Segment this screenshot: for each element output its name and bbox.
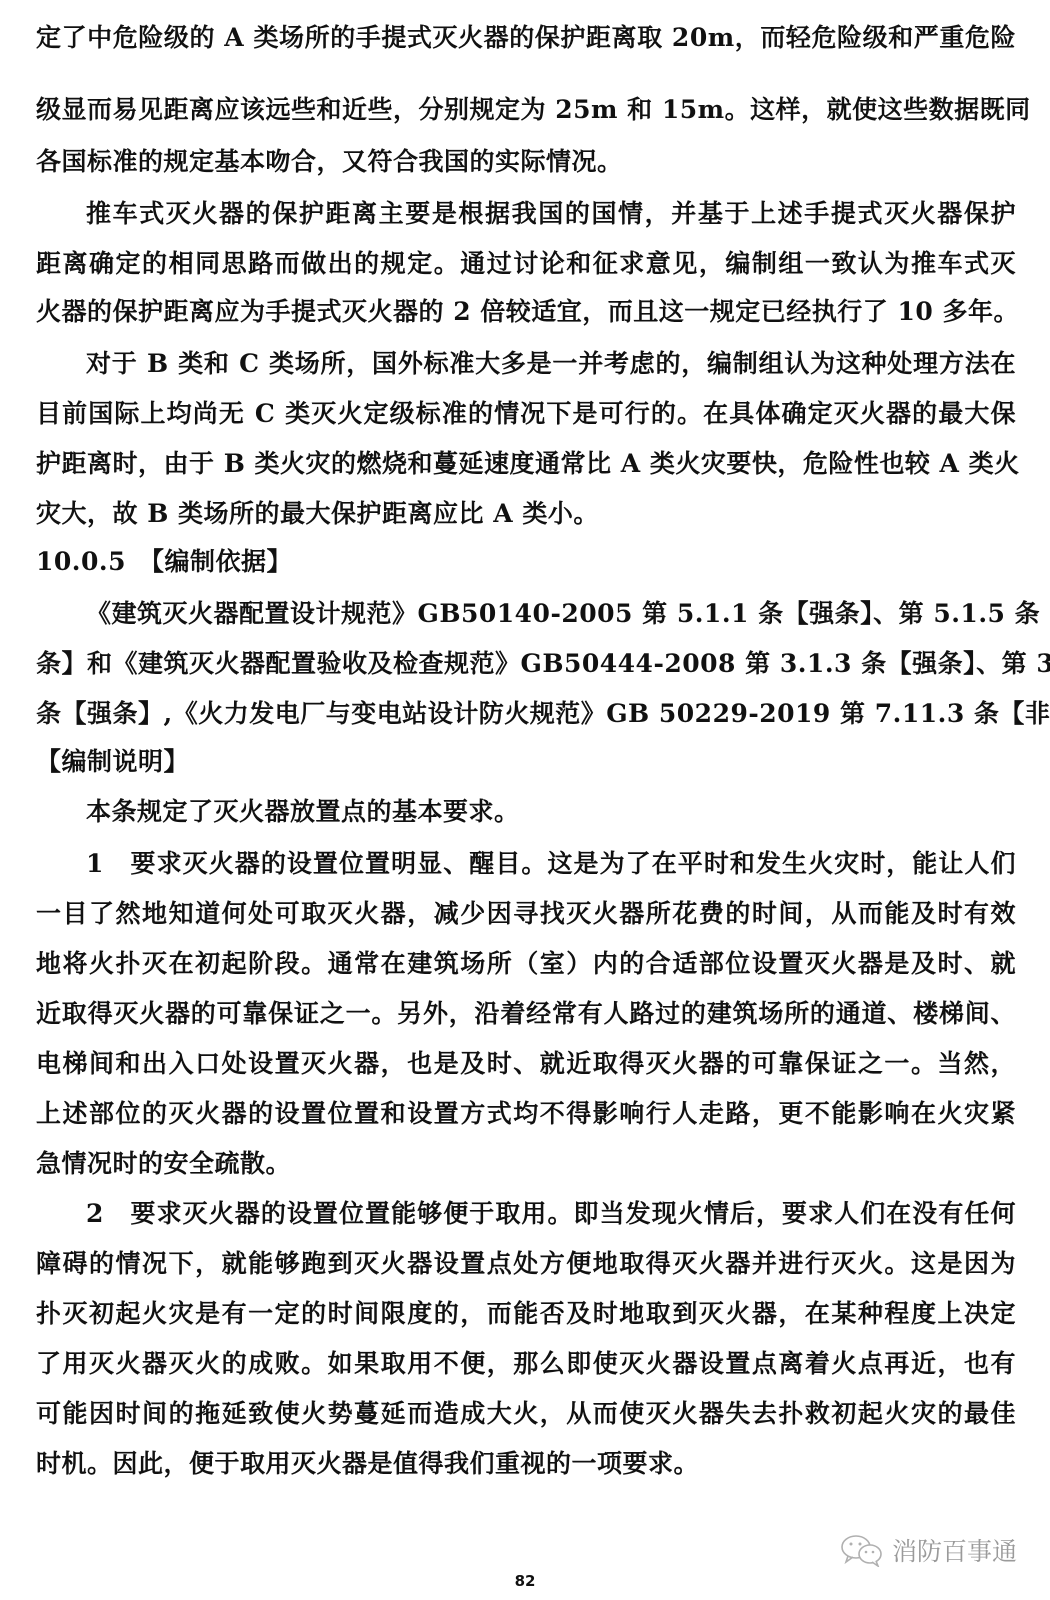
text-line: 推车式灭火器的保护距离主要是根据我国的国情，并基于上述手提式灭火器保护 [86, 198, 1016, 230]
document-page: 定了中危险级的 A 类场所的手提式灭火器的保护距离取 20m，而轻危险级和严重危… [0, 0, 1050, 1600]
text-line: 火器的保护距离应为手提式灭火器的 2 倍较适宜，而且这一规定已经执行了 10 多… [36, 296, 1016, 328]
wechat-icon [840, 1533, 884, 1567]
text-line: 障碍的情况下，就能够跑到灭火器设置点处方便地取得灭火器并进行灭火。这是因为 [36, 1248, 1016, 1280]
text-line: 上述部位的灭火器的设置位置和设置方式均不得影响行人走路，更不能影响在火灾紧 [36, 1098, 1016, 1130]
text-line: 近取得灭火器的可靠保证之一。另外，沿着经常有人路过的建筑场所的通道、楼梯间、 [36, 998, 1016, 1030]
text-line: 一目了然地知道何处可取灭火器，减少因寻找灭火器所花费的时间，从而能及时有效 [36, 898, 1016, 930]
text-line: 【编制说明】 [36, 746, 1016, 778]
text-line: 1 要求灭火器的设置位置明显、醒目。这是为了在平时和发生火灾时，能让人们 [86, 848, 1016, 880]
text-line: 地将火扑灭在初起阶段。通常在建筑场所（室）内的合适部位设置灭火器是及时、就 [36, 948, 1016, 980]
text-line: 各国标准的规定基本吻合，又符合我国的实际情况。 [36, 146, 1016, 178]
text-line: 急情况时的安全疏散。 [36, 1148, 1016, 1180]
text-line: 2 要求灭火器的设置位置能够便于取用。即当发现火情后，要求人们在没有任何 [86, 1198, 1016, 1230]
text-line: 定了中危险级的 A 类场所的手提式灭火器的保护距离取 20m，而轻危险级和严重危… [36, 22, 1016, 54]
text-line: 电梯间和出入口处设置灭火器，也是及时、就近取得灭火器的可靠保证之一。当然， [36, 1048, 1016, 1080]
text-line: 目前国际上均尚无 C 类灭火定级标准的情况下是可行的。在具体确定灭火器的最大保 [36, 398, 1016, 430]
text-line: 本条规定了灭火器放置点的基本要求。 [86, 796, 1016, 828]
page-number: 82 [0, 1572, 1050, 1590]
text-line: 护距离时，由于 B 类火灾的燃烧和蔓延速度通常比 A 类火灾要快，危险性也较 A… [36, 448, 1016, 480]
text-line: 距离确定的相同思路而做出的规定。通过讨论和征求意见，编制组一致认为推车式灭 [36, 248, 1016, 280]
watermark-label: 消防百事通 [892, 1532, 1017, 1568]
text-line: 可能因时间的拖延致使火势蔓延而造成大火，从而使灭火器失去扑救初起火灾的最佳 [36, 1398, 1016, 1430]
text-line: 灾大，故 B 类场所的最大保护距离应比 A 类小。 [36, 498, 1016, 530]
text-line: 了用灭火器灭火的成败。如果取用不便，那么即使灭火器设置点离着火点再近，也有 [36, 1348, 1016, 1380]
text-line: 《建筑灭火器配置设计规范》GB50140-2005 第 5.1.1 条【强条】、… [86, 598, 1016, 630]
text-line: 对于 B 类和 C 类场所，国外标准大多是一并考虑的，编制组认为这种处理方法在 [86, 348, 1016, 380]
watermark: 消防百事通 [840, 1530, 1017, 1570]
text-line: 级显而易见距离应该远些和近些，分别规定为 25m 和 15m。这样，就使这些数据… [36, 94, 1016, 126]
text-line: 扑灭初起火灾是有一定的时间限度的，而能否及时地取到灭火器，在某种程度上决定 [36, 1298, 1016, 1330]
text-line: 条】和《建筑灭火器配置验收及检查规范》GB50444-2008 第 3.1.3 … [36, 648, 1016, 680]
text-line: 时机。因此，便于取用灭火器是值得我们重视的一项要求。 [36, 1448, 1016, 1480]
text-line: 条【强条】,《火力发电厂与变电站设计防火规范》GB 50229-2019 第 7… [36, 698, 1016, 730]
text-line: 10.0.5 【编制依据】 [36, 546, 1016, 578]
